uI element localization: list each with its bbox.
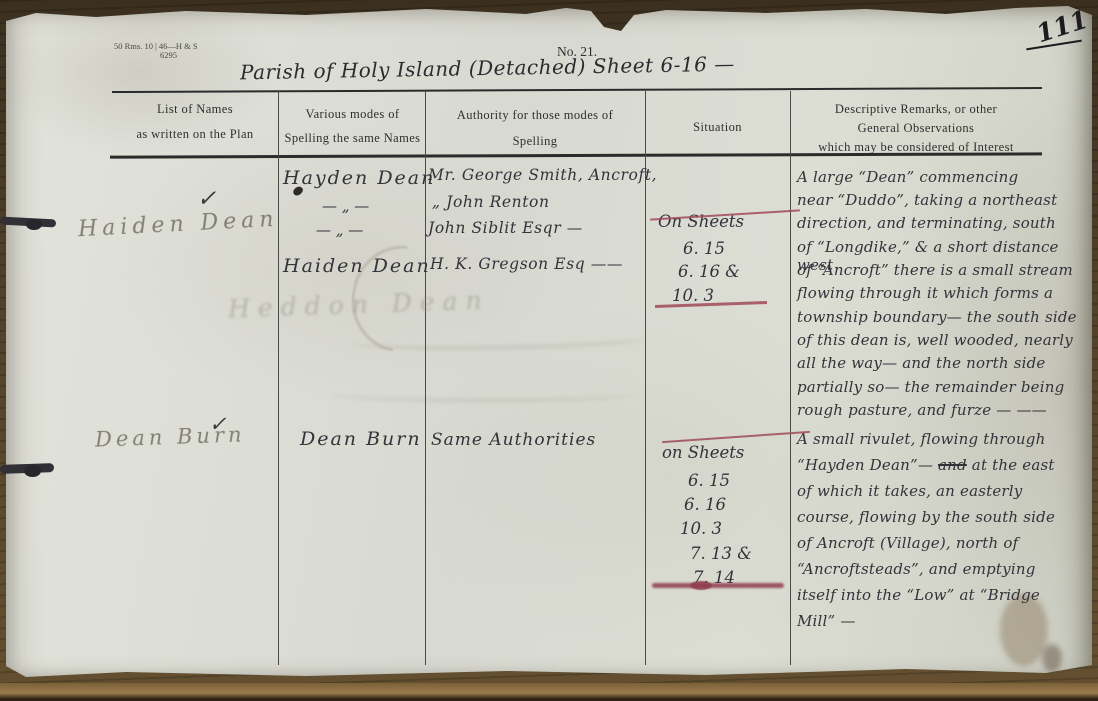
binding-knot-bottom [24,465,41,477]
column-header-authority-1: Authority for those modes of [427,108,643,123]
remarks-line: “Ancroftsteads”, and emptying [797,560,1036,578]
red-smudge-underline [652,583,784,588]
column-rule-1 [278,91,279,665]
spelling-ditto: — „ — [316,221,363,239]
remarks-struck-word: and [938,456,967,474]
spelling-variant: Haiden Dean [283,255,431,277]
spelling-variant: Dean Burn [300,428,422,450]
red-smudge-blob [690,581,712,590]
authority-entry: Mr. George Smith, Ancroft, [428,166,657,184]
sheet-ref: 7. 13 & [690,544,752,563]
remarks-segment: “Hayden Dean”— [797,456,938,474]
remarks-line: of Ancroft (Village), north of [797,534,1018,552]
remarks-line: A small rivulet, flowing through [797,430,1045,448]
column-header-spelling-1: Various modes of [280,107,425,122]
column-header-names-1: List of Names [112,102,278,117]
sheet-ref: 6. 16 & [678,262,740,281]
printers-code-line2: 6295 [160,50,177,60]
column-header-remarks-3: which may be considered of Interest [792,140,1040,155]
column-header-remarks-2: General Observations [792,121,1040,136]
column-header-spelling-2: Spelling the same Names [276,131,429,146]
remarks-line: course, flowing by the south side [797,508,1055,526]
ghost-bleedthrough-squiggle [328,386,638,402]
authority-entry: Same Authorities [431,430,596,450]
remarks-segment: at the east [967,456,1055,474]
spelling-variant: Hayden Dean [283,167,435,189]
remarks-line: of this dean is, well wooded, nearly [797,331,1073,349]
sheet-ref: 6. 15 [688,471,730,490]
authority-entry: „ John Renton [432,193,550,211]
remarks-line: “Hayden Dean”— and at the east [797,456,1055,474]
remarks-line: of which it takes, an easterly [797,482,1022,500]
sheet-ref: 10. 3 [680,519,722,538]
column-rule-4 [790,91,791,665]
remarks-line: rough pasture, and furze — —— [797,401,1047,419]
column-header-situation: Situation [647,120,788,135]
remarks-line: all the way— and the north side [797,354,1045,372]
remarks-line: A large “Dean” commencing [797,168,1018,186]
remarks-line: direction, and terminating, south [797,214,1056,232]
scanned-name-book-page: 111 50 Rms. 10 | 46—H & S 6295 No. 21. P… [0,0,1098,701]
sheet-ref: 6. 16 [684,495,726,514]
tick-mark: ✓ [197,186,216,212]
column-header-names-2: as written on the Plan [106,127,284,142]
printers-code-line1: 50 Rms. 10 | 46—H & S [114,41,198,51]
column-header-authority-2: Spelling [427,134,643,149]
authority-entry: H. K. Gregson Esq —— [430,255,623,273]
authority-entry: John Siblit Esqr — [428,219,583,237]
remarks-line: flowing through it which forms a [797,284,1053,302]
remarks-line: Mill” — [797,612,856,630]
binding-knot-top [26,219,42,230]
remarks-line: near “Duddo”, taking a northeast [797,191,1057,209]
remarks-line: partially so— the remainder being [797,378,1064,396]
stain-dark-spot [1042,644,1062,672]
stain-bottom-right [1000,594,1048,666]
remarks-line: of “Ancroft” there is a small stream [797,261,1073,279]
situation-label: on Sheets [662,443,744,462]
remarks-line: itself into the “Low” at “Bridge [797,586,1040,604]
remarks-line: township boundary— the south side [797,308,1077,326]
wood-table-surface [0,683,1098,701]
spelling-ditto: — „ — [322,197,369,215]
column-header-remarks-1: Descriptive Remarks, or other [792,102,1040,117]
sheet-ref: 6. 15 [683,239,725,258]
